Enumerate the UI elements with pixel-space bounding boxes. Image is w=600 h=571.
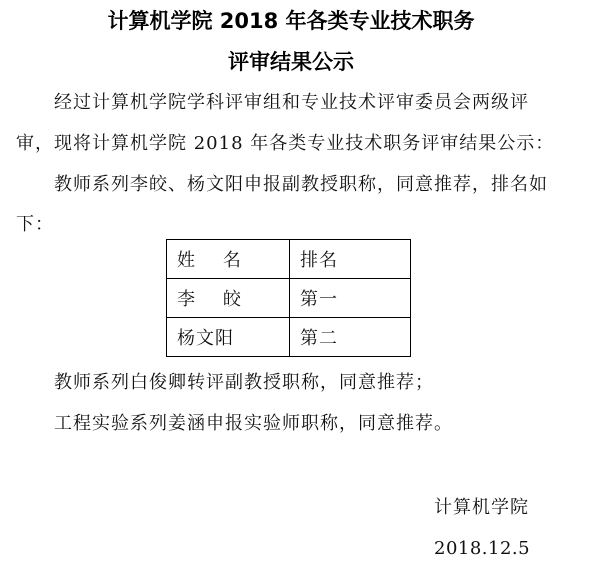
table-row: 李 皎 第一 — [167, 279, 411, 318]
table-row: 杨文阳 第二 — [167, 318, 411, 357]
paragraph-intro-line-1: 经过计算机学院学科评审组和专业技术评审委员会两级评 — [54, 91, 529, 115]
document-title-line-2: 评审结果公示 — [0, 49, 582, 75]
table-cell-name: 李 皎 — [167, 279, 290, 318]
paragraph-intro-line-2: 审，现将计算机学院 2018 年各类专业技术职务评审结果公示： — [16, 132, 554, 156]
paragraph-lab-engineer: 工程实验系列姜涵申报实验师职称，同意推荐。 — [54, 412, 453, 436]
table-cell-rank: 第一 — [290, 279, 411, 318]
table-cell-rank: 第二 — [290, 318, 411, 357]
ranking-table: 姓 名 排名 李 皎 第一 杨文阳 第二 — [166, 239, 411, 357]
paragraph-transfer-review: 教师系列白俊卿转评副教授职称，同意推荐； — [54, 371, 434, 395]
signature-date: 2018.12.5 — [434, 537, 530, 561]
paragraph-associate-professor-line-1: 教师系列李皎、杨文阳申报副教授职称，同意推荐，排名如 — [54, 173, 548, 197]
table-header-row: 姓 名 排名 — [167, 240, 411, 279]
table-header-rank: 排名 — [290, 240, 411, 279]
signature-organization: 计算机学院 — [434, 496, 529, 520]
table-header-name: 姓 名 — [167, 240, 290, 279]
paragraph-associate-professor-line-2: 下： — [16, 213, 54, 237]
document-title-line-1: 计算机学院 2018 年各类专业技术职务 — [0, 8, 582, 34]
table-cell-name: 杨文阳 — [167, 318, 290, 357]
